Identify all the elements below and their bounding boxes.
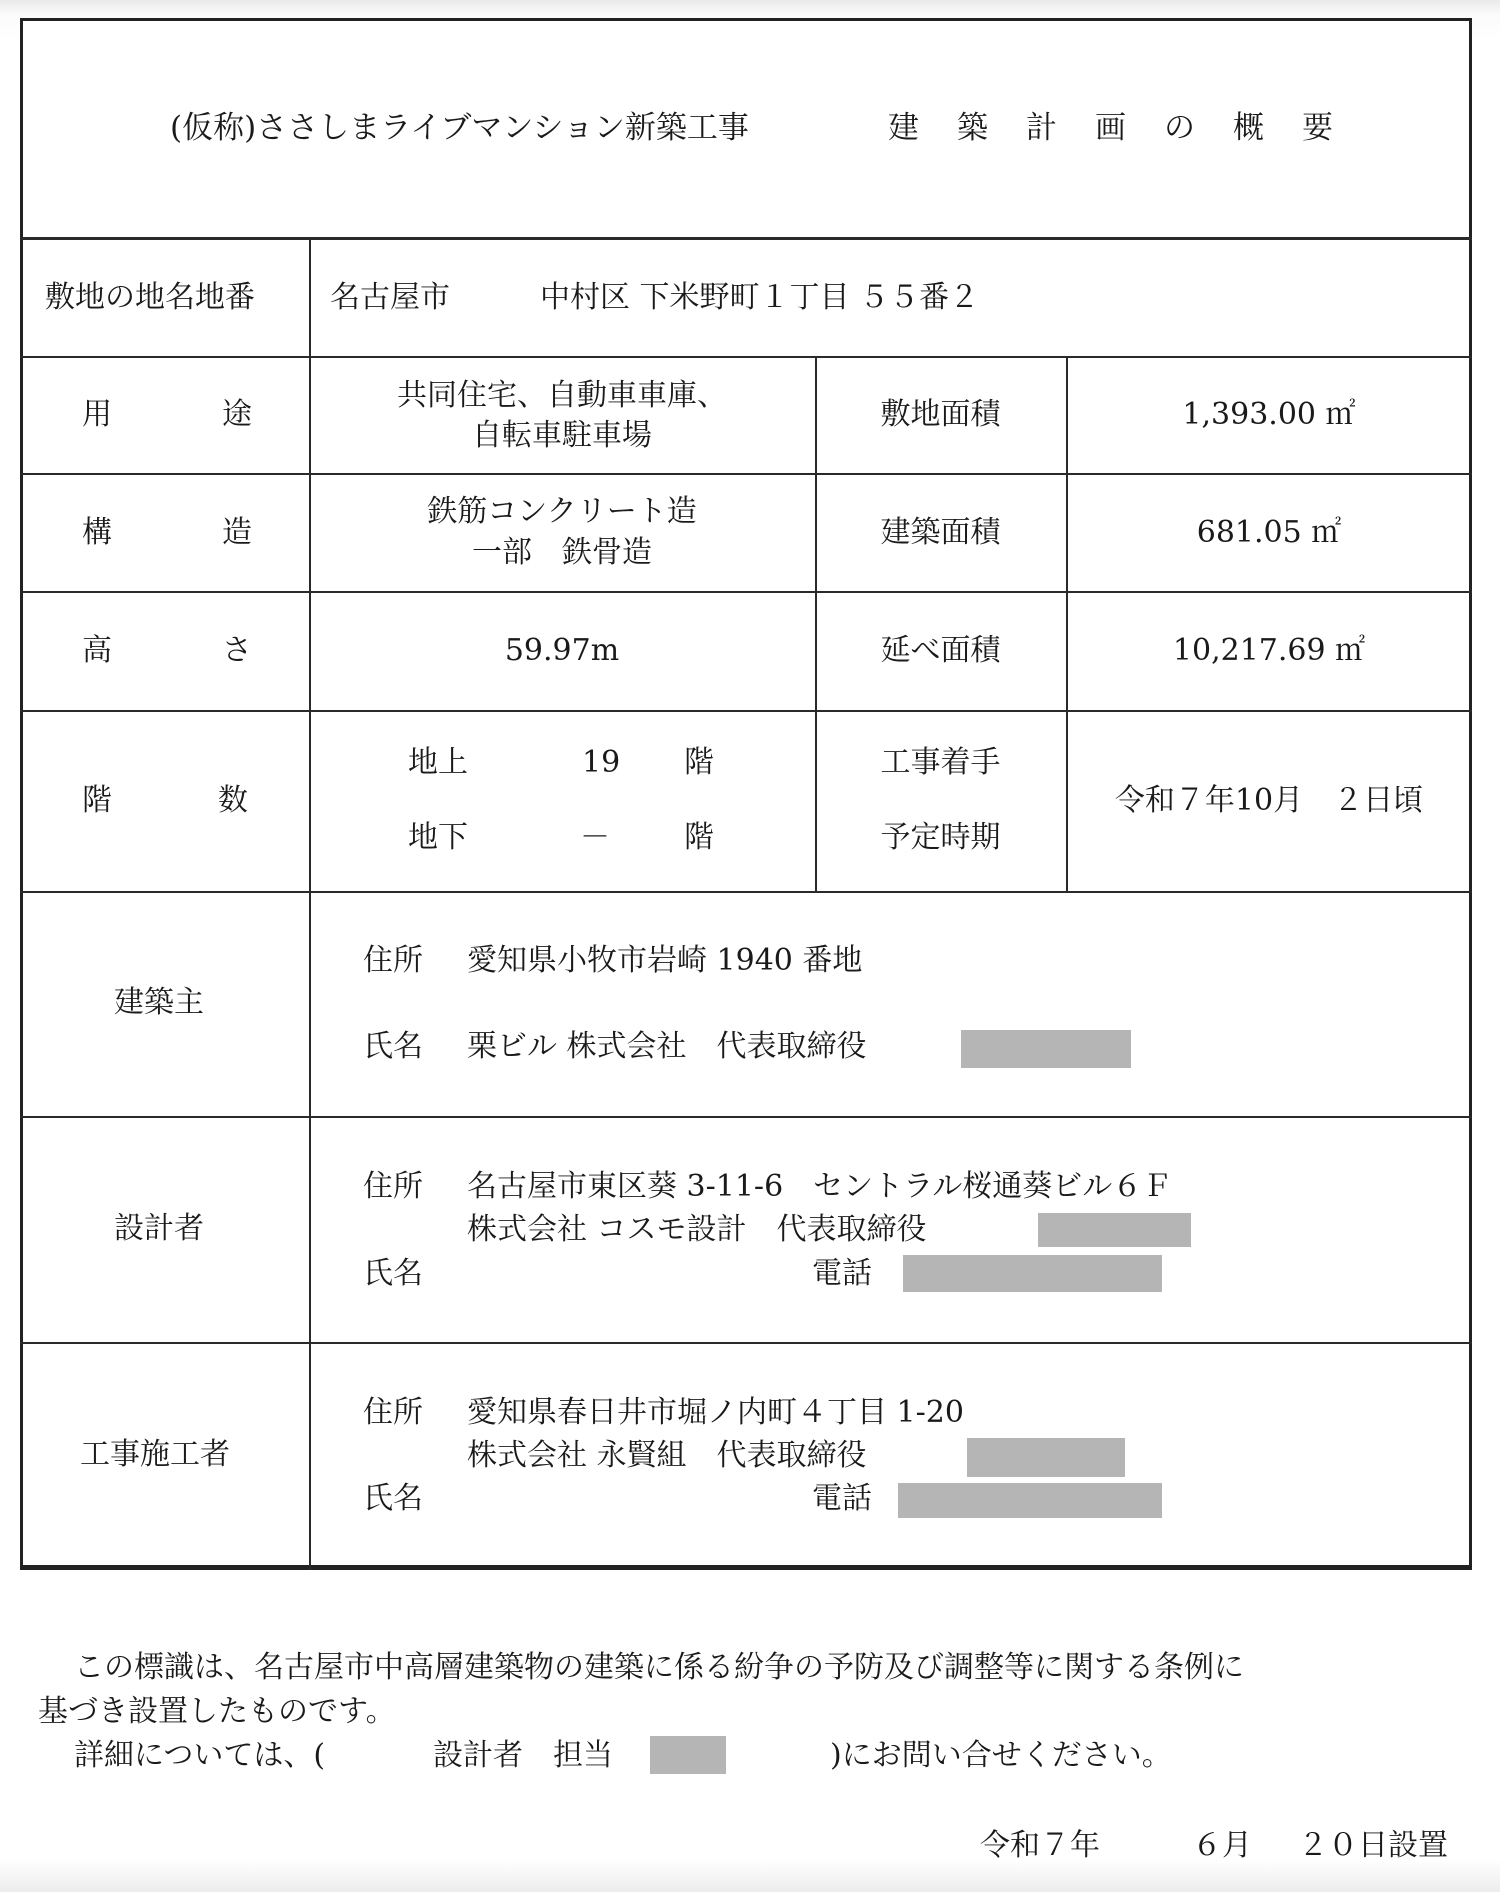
site-label: 敷地の地名地番 [45,283,255,313]
contractor-name-label: 氏名 [363,1484,423,1514]
divider [20,891,1472,893]
site-address: 中村区 下米野町１丁目 ５５番２ [540,283,979,313]
use-label-b: 途 [222,400,252,430]
start-date-value: 令和７年10月 ２日頃 [1066,786,1472,816]
designer-name-label: 氏名 [363,1259,423,1289]
owner-label: 建築主 [114,988,204,1018]
install-date-day: ２０日設置 [1298,1831,1448,1861]
divider [815,356,817,891]
divider [20,473,1472,475]
footer-line-3-after: )にお問い合せください。 [830,1741,1172,1771]
designer-company: 株式会社 コスモ設計 代表取締役 [467,1215,927,1245]
above-ground-unit: 階 [684,748,714,778]
designer-address: 名古屋市東区葵 3-11-6 セントラル桜通葵ビル６Ｆ [467,1172,1172,1202]
contractor-address: 愛知県春日井市堀ノ内町４丁目 1-20 [467,1398,964,1428]
designer-label: 設計者 [114,1214,204,1244]
height-label-b: さ [222,636,252,666]
contractor-phone-label: 電話 [812,1484,872,1514]
above-ground-label: 地上 [408,748,468,778]
footer-line-3-before: 詳細については、( [74,1741,325,1771]
height-label-a: 高 [82,636,112,666]
structure-value-line1: 鉄筋コンクリート造 [309,497,815,527]
structure-label-b: 造 [222,518,252,548]
divider [20,1342,1472,1344]
page-title: 建築計画の概要 [888,113,1371,144]
building-area-label: 建築面積 [815,518,1066,548]
redacted-block [898,1483,1162,1518]
contractor-label: 工事施工者 [80,1440,230,1470]
use-value-line2: 自転車駐車場 [309,421,815,451]
redacted-block [1038,1213,1191,1247]
divider [20,591,1472,593]
divider [20,710,1472,712]
project-name: (仮称)ささしまライブマンション新築工事 [170,113,749,144]
divider [20,1116,1472,1118]
height-value: 59.97m [309,636,815,666]
redacted-block [967,1438,1125,1477]
redacted-block [961,1030,1131,1068]
site-city: 名古屋市 [330,283,450,313]
owner-name-label: 氏名 [363,1032,423,1062]
structure-value-line2: 一部 鉄骨造 [309,538,815,568]
use-value-line1: 共同住宅、自動車車庫、 [309,381,815,411]
divider [20,237,1472,240]
owner-name: 栗ビル 株式会社 代表取締役 [467,1032,867,1062]
footer-line-1: この標識は、名古屋市中高層建築物の建築に係る紛争の予防及び調整等に関する条例に [74,1653,1244,1683]
total-floor-area-value: 10,217.69 ㎡ [1066,636,1472,666]
designer-phone-label: 電話 [812,1259,872,1289]
footer-line-2: 基づき設置したものです。 [38,1697,396,1727]
building-area-value: 681.05 ㎡ [1066,518,1472,548]
divider [20,356,1472,358]
start-label-line1: 工事着手 [815,748,1066,778]
redacted-block [650,1736,726,1774]
use-label-a: 用 [82,400,112,430]
start-label-line2: 予定時期 [815,823,1066,853]
notice-sign: (仮称)ささしまライブマンション新築工事 建築計画の概要 敷地の地名地番 名古屋… [0,0,1500,1892]
total-floor-area-label: 延べ面積 [815,636,1066,666]
below-ground-unit: 階 [684,823,714,853]
owner-address: 愛知県小牧市岩崎 1940 番地 [467,946,862,976]
structure-label-a: 構 [82,518,112,548]
site-area-label: 敷地面積 [815,400,1066,430]
install-date-month: ６月 [1192,1831,1252,1861]
owner-address-label: 住所 [363,946,423,976]
install-date-era: 令和７年 [980,1831,1100,1861]
site-area-value: 1,393.00 ㎡ [1066,400,1472,430]
redacted-block [903,1255,1162,1292]
contractor-company: 株式会社 永賢組 代表取締役 [467,1441,867,1471]
contractor-address-label: 住所 [363,1398,423,1428]
floors-label-a: 階 [82,786,112,816]
footer-line-3-role: 設計者 担当 [433,1741,613,1771]
below-ground-value: － [580,823,610,853]
above-ground-value: 19 [582,748,620,778]
designer-address-label: 住所 [363,1172,423,1202]
below-ground-label: 地下 [408,823,468,853]
floors-label-b: 数 [218,786,248,816]
